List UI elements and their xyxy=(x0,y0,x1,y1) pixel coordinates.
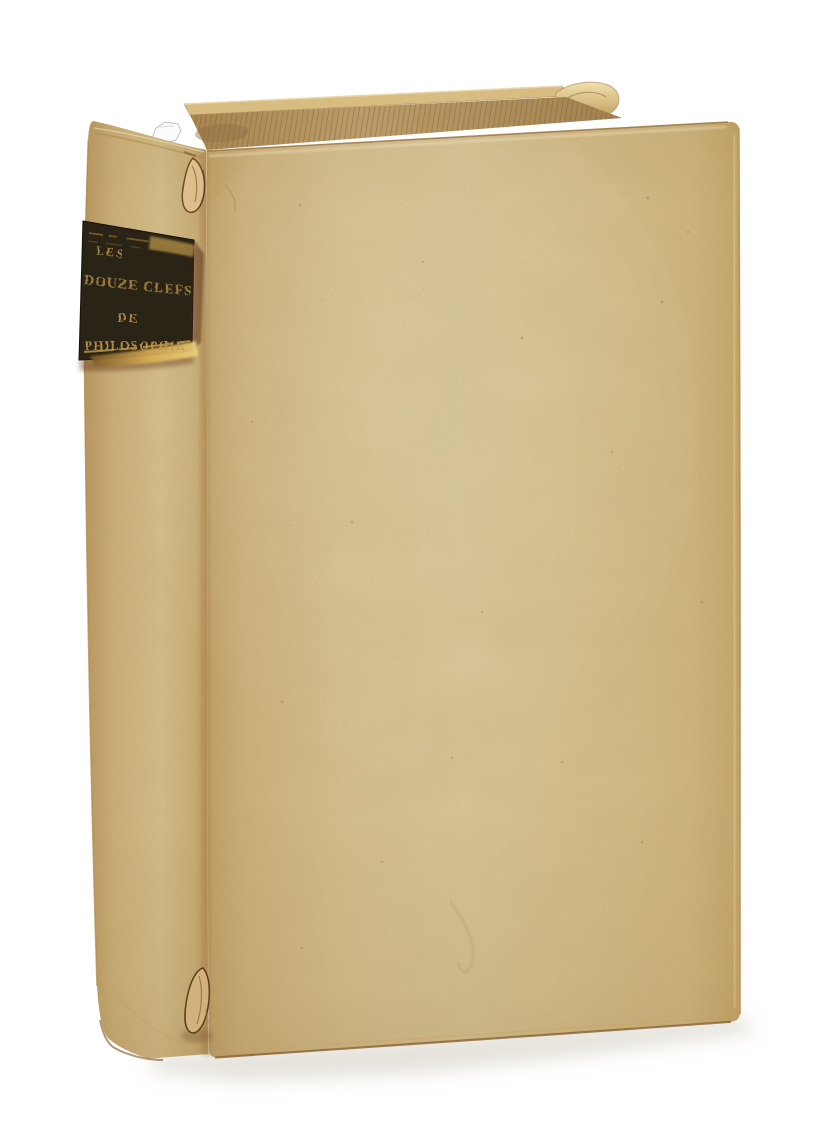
spine-label: LES DOUZE CLEFS DE PHILOSOPHIE xyxy=(79,221,204,371)
book-photograph: LES DOUZE CLEFS DE PHILOSOPHIE xyxy=(0,0,840,1131)
spine-label-line-4: PHILOSOPHIE xyxy=(85,339,186,353)
vellum-texture xyxy=(70,80,760,1080)
spine-label-line-3: DE xyxy=(117,309,140,325)
